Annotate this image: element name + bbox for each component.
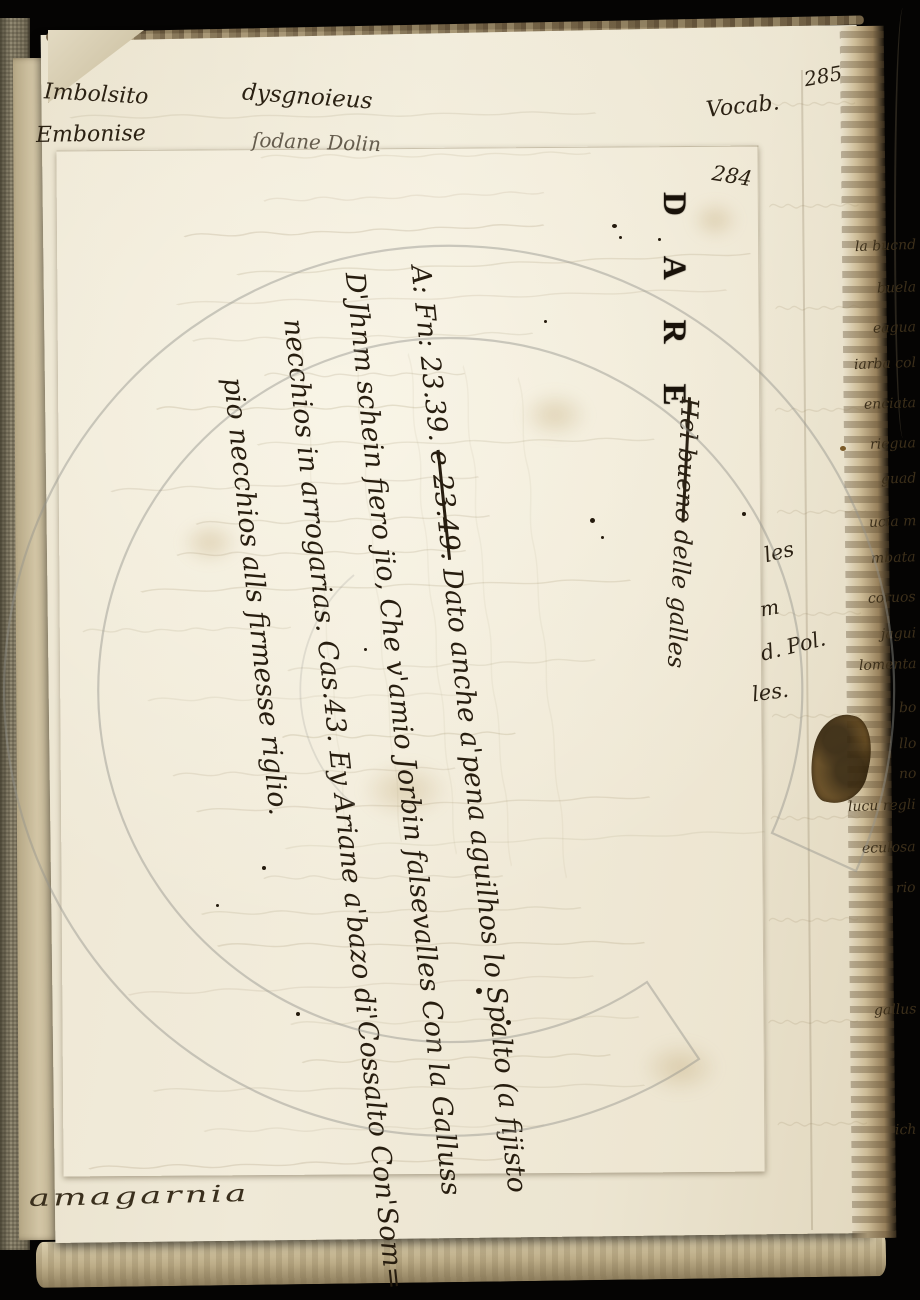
ink-speck — [216, 904, 219, 907]
gutter-fragment: jagui — [881, 625, 917, 642]
gutter-fragment: iarba col — [854, 355, 917, 373]
gutter-fragment: bo — [898, 700, 916, 717]
gutter-fragment: enciata — [864, 395, 916, 413]
gutter-fragment: eculosa — [862, 839, 916, 857]
foxing-spot — [520, 390, 590, 440]
gutter-fragment: no — [898, 766, 916, 783]
gutter-fragment: llo — [898, 736, 916, 753]
gutter-fragment: buela — [877, 279, 917, 296]
gutter-fragment: lomenta — [858, 656, 916, 674]
gutter-fragment: coruos — [868, 589, 916, 607]
gutter-fragment: riegua — [870, 435, 916, 453]
foxing-spot — [640, 1040, 720, 1095]
header-subword: ſodane Dolin — [252, 128, 382, 156]
ink-speck — [601, 536, 604, 539]
rust-speck — [840, 446, 846, 451]
body-line-1-struck: e 23.49. — [424, 448, 466, 561]
gutter-fragment: ucia m — [868, 513, 916, 531]
gutter-fragment: ich — [894, 1122, 916, 1139]
gutter-fragment: la bucnd — [855, 237, 917, 255]
gutter-fragment: rio — [896, 880, 916, 897]
foxing-spot — [690, 200, 740, 240]
gutter-fragment: mbata — [871, 549, 916, 567]
ink-speck — [544, 320, 547, 323]
manuscript-photo: Imbolsito Embonise dysgnoieus ſodane Dol… — [0, 0, 920, 1300]
margin-fragment: m — [758, 595, 781, 622]
gutter-fragment: eagua — [873, 319, 917, 336]
ink-speck — [742, 512, 746, 516]
ink-speck — [612, 224, 617, 228]
gutter-fragment: guad — [880, 470, 916, 487]
margin-fragment: les. — [751, 678, 791, 707]
body-line-1-pre: A: Fn: 23.39. — [404, 264, 454, 452]
bottom-scrawl: amagarnia — [28, 1181, 250, 1212]
gutter-fragment: lucu regli — [848, 797, 916, 815]
gutter-fragment: gallus — [873, 1001, 916, 1018]
page-fore-edge-highlight — [894, 8, 912, 438]
gutter-word-embonise: Embonise — [36, 121, 146, 148]
ink-speck — [590, 518, 595, 523]
ink-speck — [619, 236, 622, 239]
